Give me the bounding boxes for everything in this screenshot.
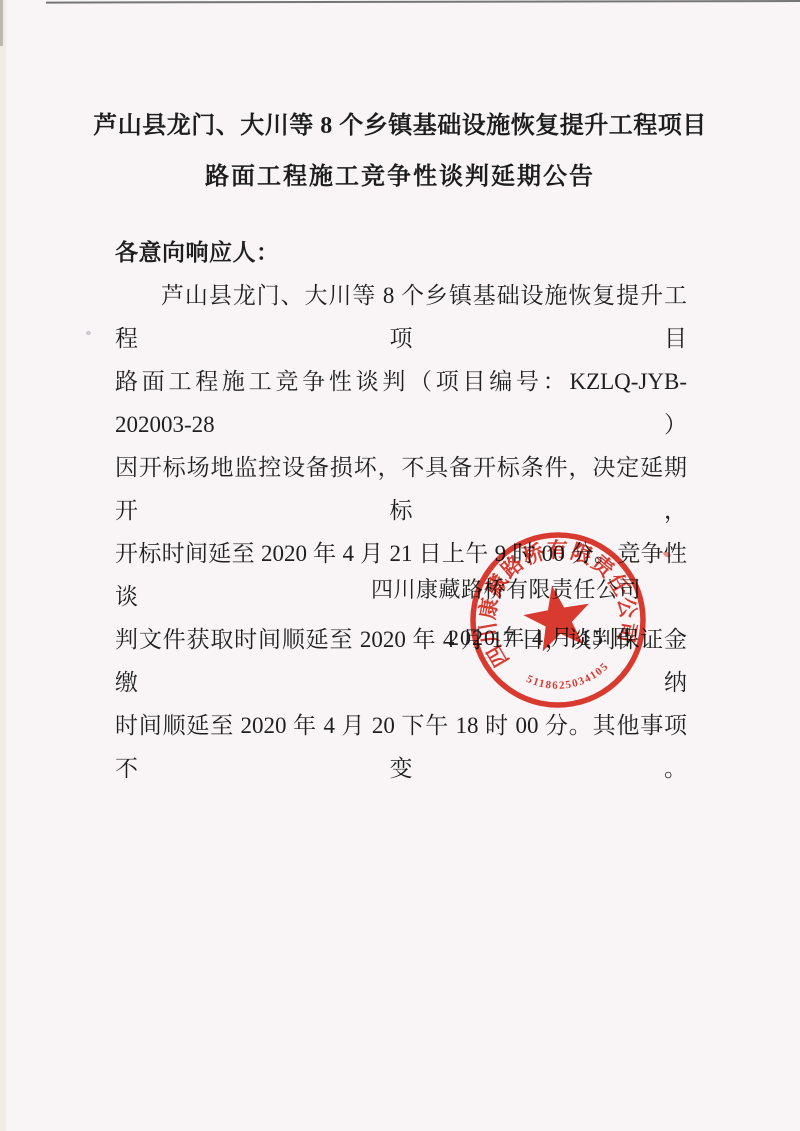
- title-line-2: 路面工程施工竞争性谈判延期公告: [0, 152, 800, 203]
- body-line: 芦山县龙门、大川等 8 个乡镇基础设施恢复提升工程项目: [115, 274, 687, 360]
- scan-edge-artifact-top: [46, 0, 800, 4]
- seal-star-icon: [519, 580, 596, 654]
- salutation-line: 各意向响应人：: [115, 231, 687, 274]
- document-title: 芦山县龙门、大川等 8 个乡镇基础设施恢复提升工程项目 路面工程施工竞争性谈判延…: [0, 101, 800, 203]
- body-line: 时间顺延至 2020 年 4 月 20 下午 18 时 00 分。其他事项不变。: [115, 704, 687, 790]
- company-seal: 四川康藏路桥有限责任公司 5118625034105: [442, 504, 674, 736]
- body-line: 路面工程施工竞争性谈判（项目编号：KZLQ-JYB-202003-28）: [115, 360, 687, 446]
- scan-speck: [86, 331, 91, 335]
- title-line-1: 芦山县龙门、大川等 8 个乡镇基础设施恢复提升工程项目: [0, 101, 800, 152]
- scanned-document-page: 芦山县龙门、大川等 8 个乡镇基础设施恢复提升工程项目 路面工程施工竞争性谈判延…: [0, 0, 800, 1131]
